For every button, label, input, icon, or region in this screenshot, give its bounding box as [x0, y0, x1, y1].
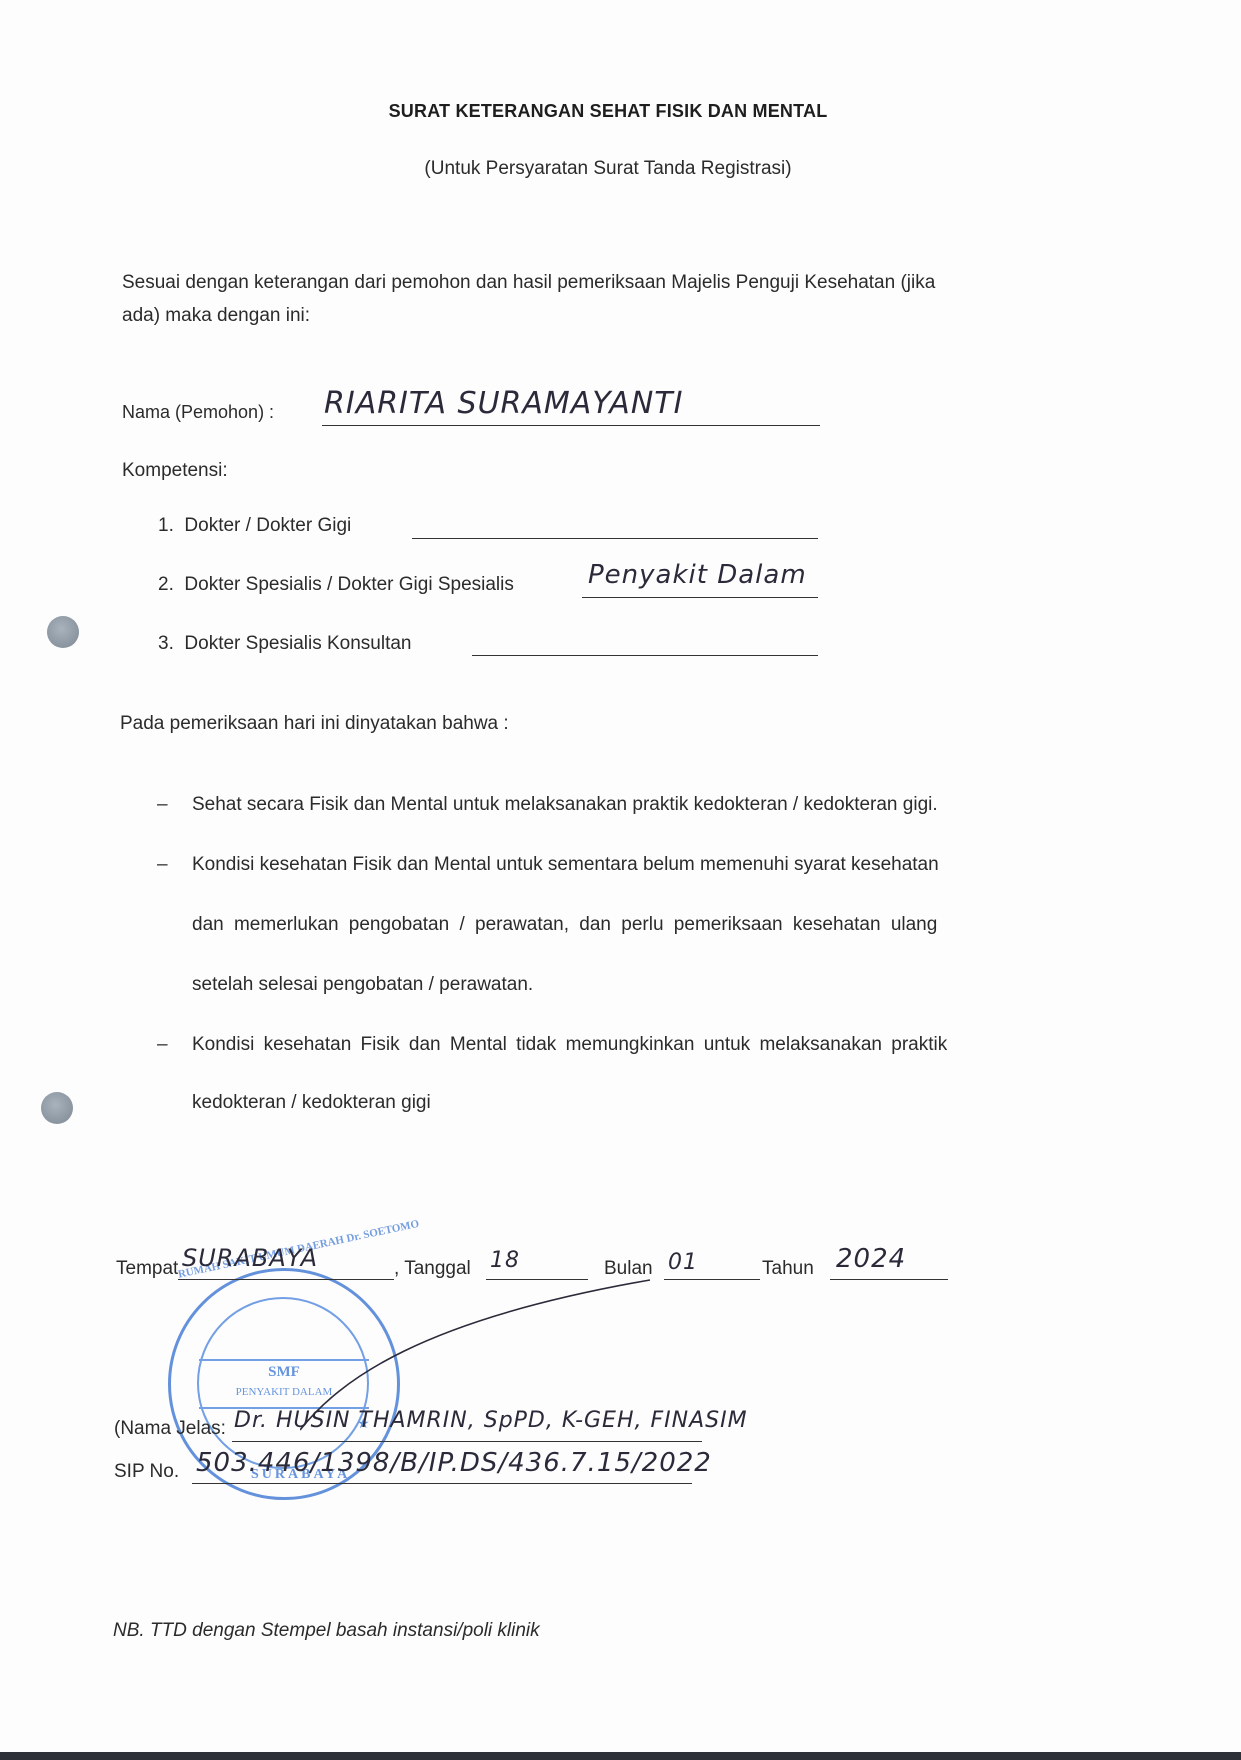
finding-3-line-1: Kondisi kesehatan Fisik dan Mental tidak…: [192, 1034, 947, 1056]
place-field[interactable]: [178, 1278, 394, 1280]
competence-item-number: 3.: [158, 633, 174, 654]
applicant-label: Nama (Pemohon) :: [122, 402, 274, 423]
sip-label: SIP No.: [114, 1461, 179, 1483]
punch-hole-bottom: [41, 1092, 73, 1124]
finding-3-dash: –: [157, 1034, 168, 1056]
finding-3-line-2: kedokteran / kedokteran gigi: [192, 1092, 431, 1114]
applicant-name-field[interactable]: [322, 424, 820, 426]
finding-2-line-3: setelah selesai pengobatan / perawatan.: [192, 974, 533, 996]
month-value: 01: [668, 1250, 698, 1275]
competence-item-3: 3. Dokter Spesialis Konsultan: [158, 633, 412, 655]
competence-item-number: 1.: [158, 515, 174, 536]
finding-1-line-1: Sehat secara Fisik dan Mental untuk mela…: [192, 794, 938, 816]
year-field[interactable]: [830, 1278, 948, 1280]
competence-item-number: 2.: [158, 574, 174, 595]
intro-line-2: ada) maka dengan ini:: [122, 299, 1102, 332]
name-field[interactable]: [232, 1440, 702, 1442]
competence-item-1-field[interactable]: [412, 537, 818, 539]
finding-1-dash: –: [157, 794, 168, 816]
date-label: , Tanggal: [394, 1258, 471, 1280]
competence-item-label: Dokter / Dokter Gigi: [184, 515, 351, 536]
place-value: SURABAYA: [182, 1244, 318, 1272]
applicant-name-value: RIARITA SURAMAYANTI: [324, 386, 683, 421]
document-subtitle: (Untuk Persyaratan Surat Tanda Registras…: [0, 158, 1216, 180]
competence-item-1: 1. Dokter / Dokter Gigi: [158, 515, 351, 537]
date-field[interactable]: [486, 1278, 588, 1280]
footnote: NB. TTD dengan Stempel basah instansi/po…: [113, 1620, 540, 1642]
intro-paragraph: Sesuai dengan keterangan dari pemohon da…: [122, 266, 1102, 332]
month-field[interactable]: [664, 1278, 760, 1280]
punch-hole-top: [47, 616, 79, 648]
competence-item-label: Dokter Spesialis / Dokter Gigi Spesialis: [184, 574, 513, 595]
competence-item-2-value: Penyakit Dalam: [588, 560, 807, 590]
year-label: Tahun: [762, 1258, 814, 1280]
year-value: 2024: [836, 1244, 906, 1274]
document-title: SURAT KETERANGAN SEHAT FISIK DAN MENTAL: [0, 101, 1216, 122]
competence-label: Kompetensi:: [122, 460, 228, 482]
finding-2-line-2: dan memerlukan pengobatan / perawatan, d…: [192, 914, 937, 936]
finding-2-line-1: Kondisi kesehatan Fisik dan Mental untuk…: [192, 854, 1076, 876]
name-label: (Nama Jelas:: [114, 1418, 226, 1440]
sip-value: 503.446/1398/B/IP.DS/436.7.15/2022: [196, 1448, 712, 1478]
competence-item-2: 2. Dokter Spesialis / Dokter Gigi Spesia…: [158, 574, 514, 596]
date-value: 18: [490, 1248, 520, 1273]
name-value: Dr. HUSIN THAMRIN, SpPD, K-GEH, FINASIM: [234, 1408, 748, 1433]
month-label: Bulan: [604, 1258, 653, 1280]
intro-line-1: Sesuai dengan keterangan dari pemohon da…: [122, 266, 1102, 299]
competence-item-3-field[interactable]: [472, 654, 818, 656]
finding-2-dash: –: [157, 854, 168, 876]
findings-intro: Pada pemeriksaan hari ini dinyatakan bah…: [120, 713, 509, 735]
scan-edge: [0, 1752, 1241, 1760]
sip-field[interactable]: [192, 1482, 692, 1484]
place-label: Tempat: [116, 1258, 178, 1280]
competence-item-label: Dokter Spesialis Konsultan: [184, 633, 411, 654]
competence-item-2-field[interactable]: [582, 596, 818, 598]
